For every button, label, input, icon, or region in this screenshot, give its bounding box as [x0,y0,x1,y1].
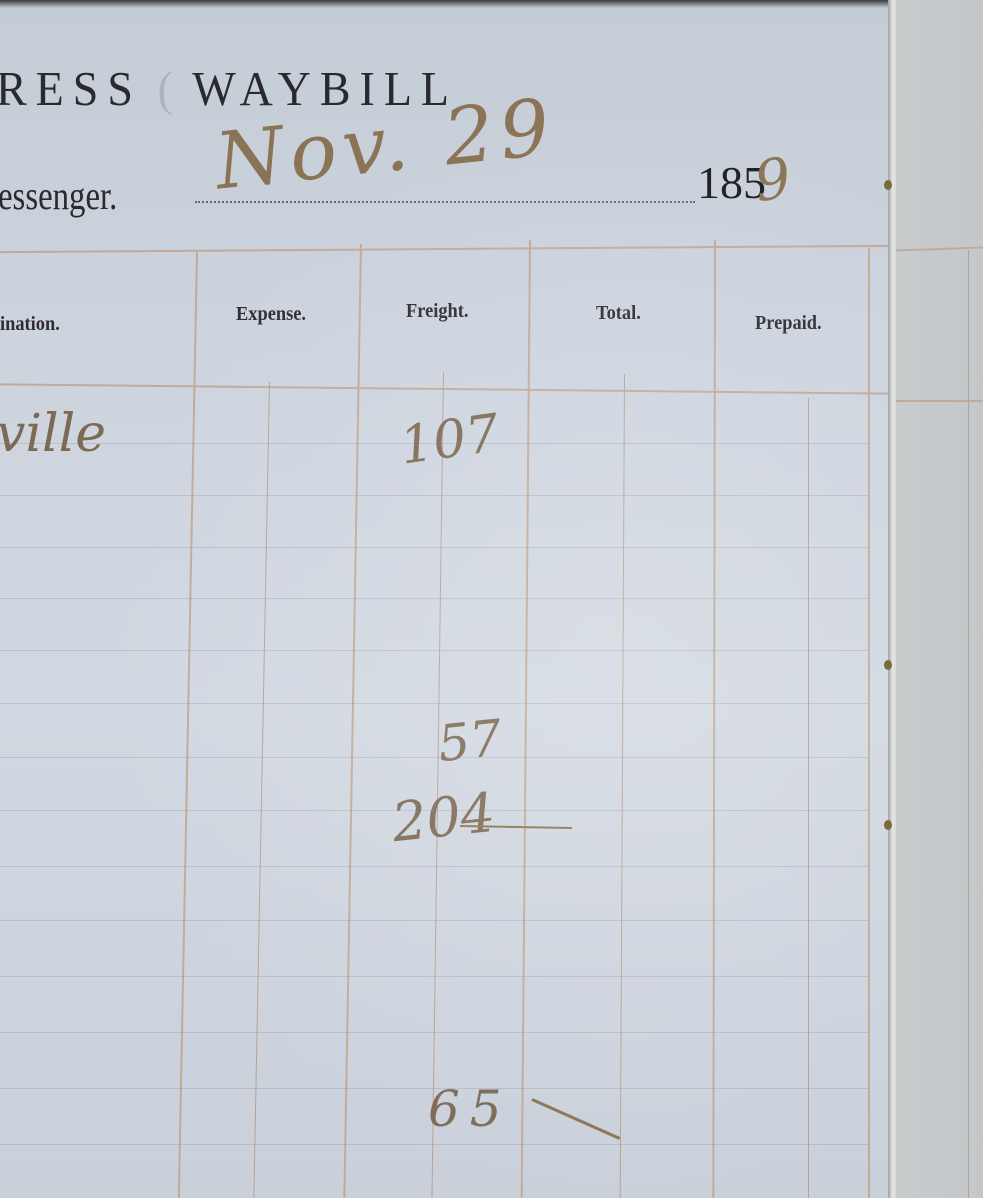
row-4-freight: 65 [428,1080,512,1138]
row-3-freight: 204 [389,781,498,854]
table-top-rule [0,245,890,253]
column-header-prepaid: Prepaid. [755,312,822,335]
faded-ornament: ( [142,62,192,116]
column-divider [521,240,531,1198]
cents-divider [808,398,809,1198]
column-divider [712,240,716,1198]
column-header-total: Total. [596,302,641,325]
column-header-expense: Expense. [236,303,306,326]
row-1-freight: 107 [396,403,503,476]
header-bottom-rule [0,383,890,394]
column-divider [178,252,198,1198]
binding-stain [884,820,892,830]
row-2-freight: 57 [435,709,504,773]
waybill-page: RESS ( WAYBILL essenger. Nov. 29 185 9 i… [0,0,890,1198]
cents-divider [620,374,625,1198]
total-tick-mark [531,1098,620,1140]
title-prefix: RESS [0,62,142,116]
column-header-freight: Freight. [406,300,469,323]
adjacent-page [896,0,983,1198]
binding-stain [884,660,892,670]
binding-stain [884,180,892,190]
column-divider [868,248,870,1198]
page-shadow [0,0,890,8]
messenger-label: essenger. [0,172,117,219]
row-1-destination: ville [0,404,106,464]
cents-divider [253,382,270,1198]
column-header-destination: ination. [0,313,60,336]
handwritten-year-digit: 9 [751,146,795,215]
